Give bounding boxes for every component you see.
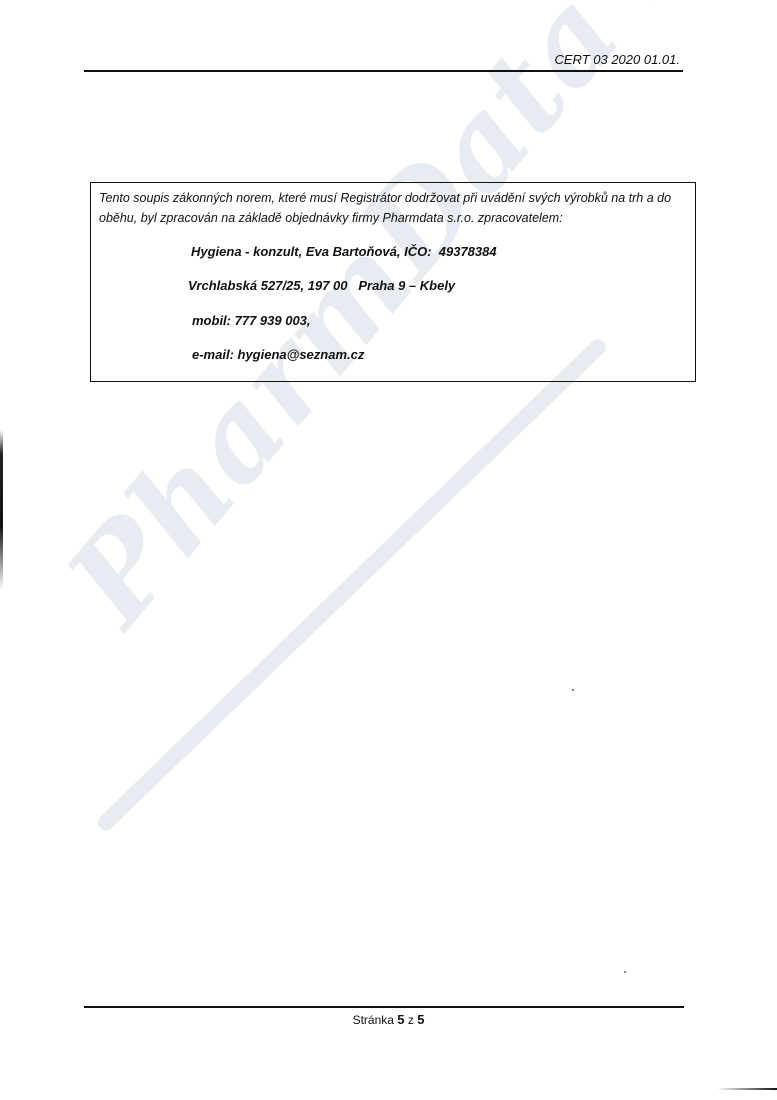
scan-edge-bottom [717,1088,777,1090]
page-label: Stránka [353,1013,394,1027]
intro-paragraph: Tento soupis zákonných norem, které musí… [99,188,691,228]
processor-info-box: Tento soupis zákonných norem, které musí… [90,182,696,382]
watermark-swoosh [94,336,609,834]
document-reference: CERT 03 2020 01.01. [554,52,680,67]
contact-address: Vrchlabská 527/25, 197 00 Praha 9 – Kbel… [188,278,455,293]
scan-edge-left [0,430,3,590]
contact-name: Hygiena - konzult, Eva Bartoňová, IČO: 4… [191,244,497,259]
scan-speck [572,689,574,691]
current-page: 5 [397,1012,404,1027]
contact-email: e-mail: hygiena@seznam.cz [192,347,364,362]
total-pages: 5 [417,1012,424,1027]
contact-mobile: mobil: 777 939 003, [192,313,311,328]
scan-speck [624,971,626,973]
page-number: Stránka 5 z 5 [0,1012,777,1027]
page-separator: z [408,1013,414,1027]
header-divider [84,70,683,72]
footer-divider [84,1006,684,1008]
